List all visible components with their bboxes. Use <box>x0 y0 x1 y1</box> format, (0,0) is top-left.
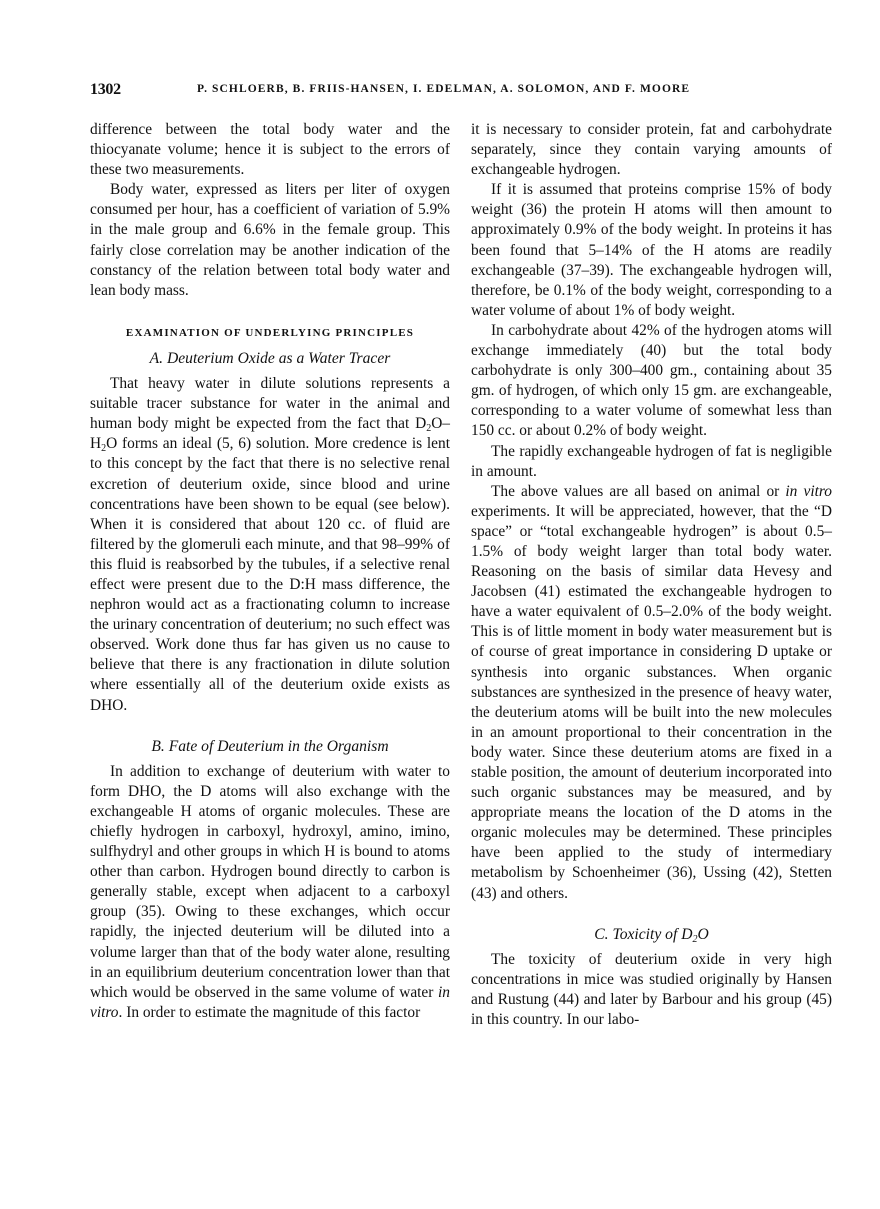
text-span: experiments. It will be appreciated, how… <box>471 503 832 902</box>
paragraph-fate: In addition to exchange of deuterium wit… <box>90 762 450 1023</box>
text-span: C. Toxicity of D <box>594 926 692 943</box>
paragraph-carbohydrate: In carbohydrate about 42% of the hydroge… <box>471 321 832 442</box>
running-head-authors: P. SCHLOERB, B. FRIIS-HANSEN, I. EDELMAN… <box>197 83 690 95</box>
page-number: 1302 <box>90 81 121 99</box>
paragraph-fat: The rapidly exchangeable hydrogen of fat… <box>471 442 832 482</box>
text-span: That heavy water in dilute solutions rep… <box>90 375 450 432</box>
paragraph-proteins: If it is assumed that proteins comprise … <box>471 180 832 321</box>
paragraph-continued: it is necessary to consider protein, fat… <box>471 120 832 180</box>
paragraph-body-water: Body water, expressed as liters per lite… <box>90 180 450 301</box>
paragraph-d-space: The above values are all based on animal… <box>471 482 832 904</box>
italic-term: in vitro <box>785 483 832 500</box>
text-span: The above values are all based on animal… <box>491 483 785 500</box>
section-heading: Examination of underlying principles <box>90 323 450 343</box>
text-span: . In order to estimate the magnitude of … <box>119 1004 421 1021</box>
paragraph-tracer: That heavy water in dilute solutions rep… <box>90 374 450 716</box>
subsection-heading-b: B. Fate of Deuterium in the Organism <box>90 737 450 757</box>
text-span: O <box>697 926 708 943</box>
running-head: 1302 P. SCHLOERB, B. FRIIS-HANSEN, I. ED… <box>90 81 832 101</box>
subsection-heading-a: A. Deuterium Oxide as a Water Tracer <box>90 349 450 369</box>
text-span: O forms an ideal (5, 6) solution. More c… <box>90 435 450 713</box>
paragraph-continued: difference between the total body water … <box>90 120 450 180</box>
right-column: it is necessary to consider protein, fat… <box>471 120 832 1030</box>
left-column: difference between the total body water … <box>90 120 450 1023</box>
subsection-heading-c: C. Toxicity of D2O <box>471 925 832 945</box>
paragraph-toxicity: The toxicity of deuterium oxide in very … <box>471 950 832 1030</box>
text-span: In addition to exchange of deuterium wit… <box>90 763 450 1001</box>
